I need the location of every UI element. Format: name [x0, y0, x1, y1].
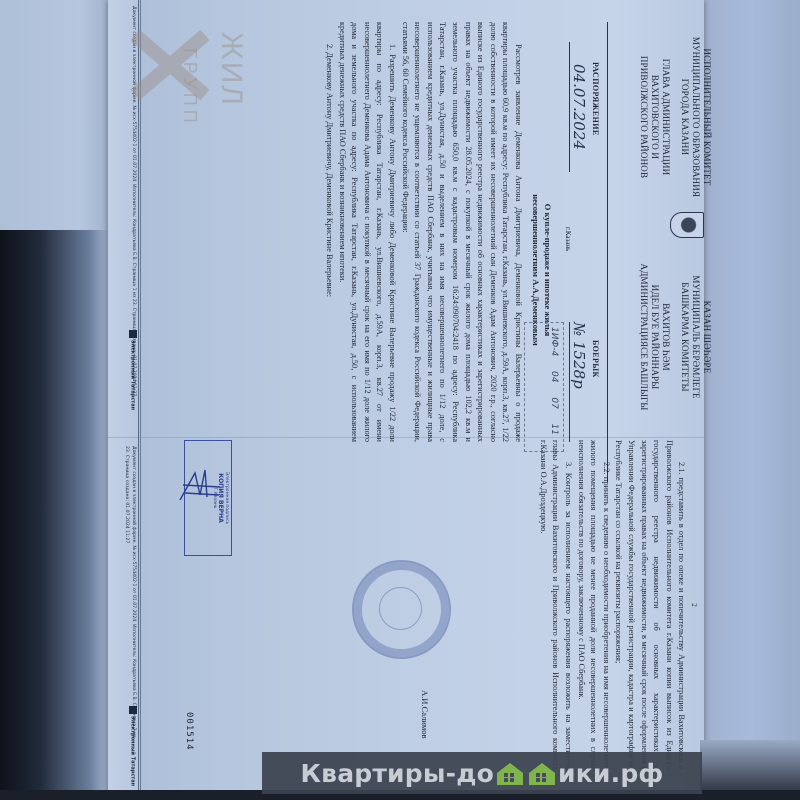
footer-divider	[140, 0, 141, 800]
header-line: МУНИЦИПАЛЬ БЕРӘМЛЕГЕ	[690, 242, 701, 432]
banner-text: Квартиры-до	[301, 759, 494, 788]
body-paragraph: 2.2. принять к сведению о необходимости …	[574, 440, 612, 770]
header-line: ПРИВОЛЖСКОГО РАЙОНОВ	[638, 22, 649, 212]
body-paragraph: 1. Разрешить Деменкову Антону Дмитриевич…	[335, 22, 398, 442]
city-label: г.Казань	[564, 227, 572, 251]
document-title: О купле-продаже и ипотеке жилья несоверш…	[530, 120, 554, 420]
doc-type-ru: РАСПОРЯЖЕНИЕ	[591, 62, 600, 136]
house-icon	[495, 761, 525, 785]
body-paragraph: 2. Деменкову Антону Дмитриевичу, Деменко…	[323, 22, 336, 442]
title-line: несовершеннолетним А.А.Деменковым	[530, 120, 542, 420]
logo-mark-icon	[129, 330, 137, 338]
header-line: ИДЕЛ БУЕ РАЙОННАРЫ	[649, 242, 660, 432]
signatory-name: А.И.Салимов	[420, 690, 430, 738]
header-line: КАЗАН ШӘҺӘРЕ	[701, 242, 712, 432]
signature-icon	[175, 465, 225, 505]
electronic-tatarstan-logo: Электронный Татарстан	[129, 330, 137, 410]
doc-type-tt: БОЕРЫК	[591, 340, 600, 378]
watermark-banner: Квартиры-до ики.рф	[262, 752, 702, 794]
kazan-coat-of-arms-icon	[670, 212, 704, 238]
serial-number: 001514	[184, 712, 194, 751]
watermark-text: ЖИЛ	[214, 32, 248, 107]
header-line: ГОРОДА КАЗАНИ	[679, 22, 690, 212]
body-paragraph: Рассмотрев заявление Деменкова Антона Дм…	[398, 22, 524, 442]
background-paper-right	[700, 0, 800, 800]
header-right: КАЗАН ШӘҺӘРЕ МУНИЦИПАЛЬ БЕРӘМЛЕГЕ БАШКАР…	[638, 242, 712, 432]
page-number: 2	[687, 440, 700, 770]
electronic-tatarstan-logo: Электронный Татарстан	[129, 706, 137, 786]
background-shadow	[0, 230, 110, 800]
header-line: АДМИНИСТРАЦИЯСЕ БАШЛЫГЫ	[638, 242, 649, 432]
page-2-body: 2 2.1. представить в отдел по опеке и по…	[536, 440, 700, 770]
header-line: ВАХИТОВ ҺӘМ	[660, 242, 671, 432]
body-paragraph: 2.1. представить в отдел по опеке и попе…	[612, 440, 688, 770]
header-line: ИСПОЛНИТЕЛЬНЫЙ КОМИТЕТ	[701, 22, 712, 212]
header-line: ГЛАВА АДМИНИСТРАЦИИ	[660, 22, 671, 212]
header-line: ВАХИТОВСКОГО И	[649, 22, 660, 212]
header-line: МУНИЦИПАЛЬНОГО ОБРАЗОВАНИЯ	[690, 22, 701, 212]
body-paragraph: 3. Контроль за исполнением настоящего ра…	[536, 440, 574, 770]
banner-text: ики.рф	[558, 759, 663, 788]
header-rule	[607, 22, 608, 482]
title-line: О купле-продаже и ипотеке жилья	[542, 120, 554, 420]
document-number: № 1528р	[569, 322, 588, 442]
house-icon	[527, 761, 557, 785]
header-left: ИСПОЛНИТЕЛЬНЫЙ КОМИТЕТ МУНИЦИПАЛЬНОГО ОБ…	[638, 22, 712, 212]
edoc-footer-page2: Документ создан в электронной форме. № и…	[123, 446, 137, 746]
watermark-subtext: ГРУПП	[179, 48, 200, 127]
official-round-stamp-icon	[352, 560, 451, 659]
document-header: ИСПОЛНИТЕЛЬНЫЙ КОМИТЕТ МУНИЦИПАЛЬНОГО ОБ…	[562, 22, 712, 432]
document-body: Рассмотрев заявление Деменкова Антона Дм…	[323, 22, 525, 442]
header-line: БАШКАРМА КОМИТЕТЫ	[679, 242, 690, 432]
document-date: 04.07.2024	[569, 42, 588, 172]
logo-mark-icon	[129, 706, 137, 714]
